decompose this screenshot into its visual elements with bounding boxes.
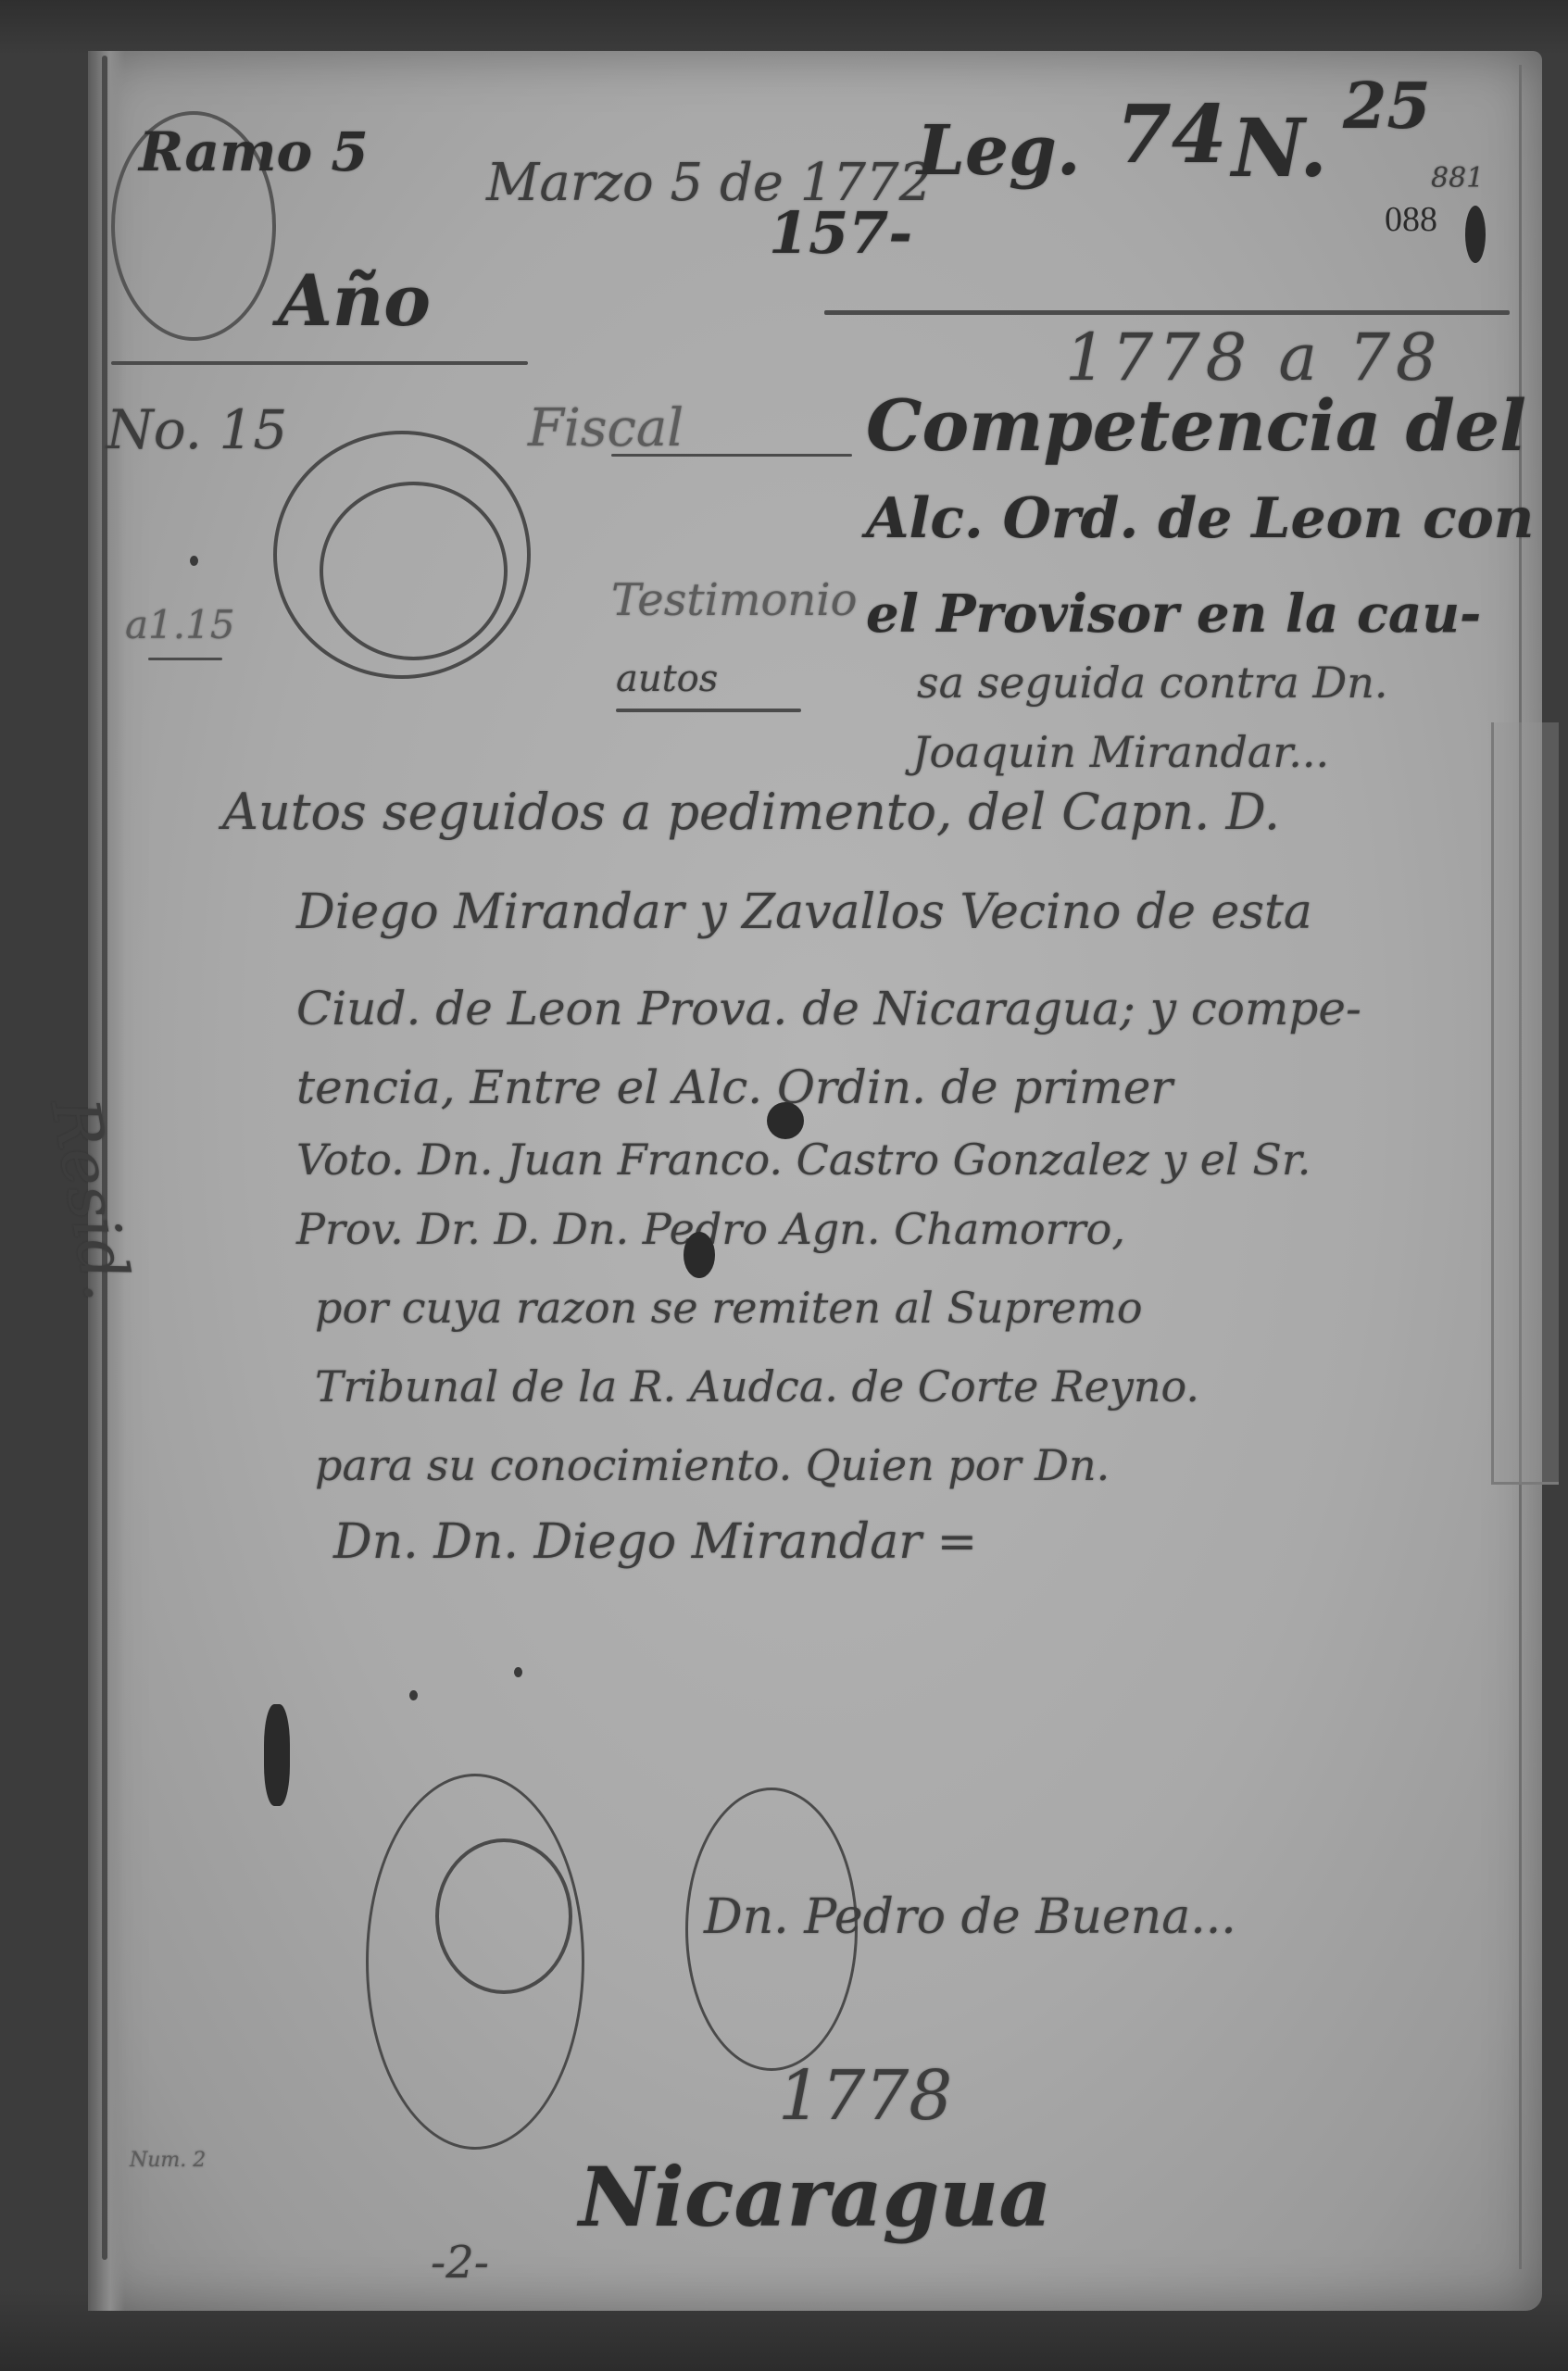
title-line-2: Alc. Ord. de Leon con bbox=[866, 486, 1534, 551]
title-line-4: sa seguida contra Dn. bbox=[917, 658, 1388, 708]
footer-place: Nicaragua bbox=[579, 2149, 1051, 2245]
folio-number: 157- bbox=[769, 199, 912, 267]
signature-monogram-loop-2 bbox=[435, 1838, 572, 1994]
ramo-label: Ramo 5 bbox=[139, 120, 369, 183]
ink-dot bbox=[190, 556, 198, 566]
expediente-label: N. bbox=[1232, 102, 1327, 195]
body-line-4: tencia, Entre el Alc. Ordin. de primer bbox=[296, 1060, 1173, 1114]
signature-text: Dn. Pedro de Buena... bbox=[704, 1889, 1236, 1945]
body-line-5: Voto. Dn. Juan Franco. Castro Gonzalez y… bbox=[296, 1135, 1311, 1185]
numero-label: No. 15 bbox=[107, 398, 287, 461]
body-line-10: Dn. Dn. Diego Mirandar = bbox=[333, 1514, 977, 1570]
bottom-left-note: Num. 2 bbox=[130, 2149, 206, 2172]
margin-ref-underline bbox=[148, 658, 222, 660]
testimonio-note: Testimonio bbox=[611, 574, 858, 626]
autos-underline bbox=[616, 709, 801, 712]
autos-note: autos bbox=[616, 658, 718, 700]
footer-page-number: -2- bbox=[431, 2237, 489, 2289]
title-line-5: Joaquin Mirandar... bbox=[912, 727, 1329, 777]
body-line-7: por cuya razon se remiten al Supremo bbox=[315, 1283, 1143, 1333]
header-underline-left bbox=[111, 361, 528, 365]
body-line-9: para su conocimiento. Quien por Dn. bbox=[315, 1440, 1110, 1490]
ink-blot bbox=[1465, 206, 1486, 263]
body-line-8: Tribunal de la R. Audca. de Corte Reyno. bbox=[315, 1361, 1199, 1411]
ink-blot-body-1 bbox=[767, 1102, 804, 1139]
body-line-2: Diego Mirandar y Zavallos Vecino de esta bbox=[296, 884, 1312, 940]
title-line-1: Competencia del bbox=[866, 384, 1526, 467]
archive-stamp-number: 088 bbox=[1385, 199, 1437, 240]
folded-paper-tab bbox=[1491, 722, 1559, 1485]
header-sweep-line bbox=[824, 310, 1510, 315]
margin-reference: a1.15 bbox=[125, 602, 235, 647]
ink-blot-body-2 bbox=[684, 1232, 715, 1278]
ink-dot bbox=[514, 1667, 522, 1677]
title-line-3: el Provisor en la cau- bbox=[866, 583, 1481, 645]
fiscal-underline bbox=[611, 454, 852, 457]
ink-blot-large bbox=[264, 1704, 290, 1806]
footer-year: 1778 bbox=[778, 2056, 952, 2136]
body-line-1: Autos seguidos a pedimento, del Capn. D. bbox=[222, 783, 1280, 841]
body-line-3: Ciud. de Leon Prova. de Nicaragua; y com… bbox=[296, 982, 1361, 1035]
legajo-number: 74 bbox=[1116, 88, 1227, 182]
ink-dot bbox=[409, 1690, 418, 1700]
expediente-number: 25 bbox=[1343, 69, 1431, 144]
legajo-label: Leg. bbox=[917, 111, 1081, 191]
section-fiscal: Fiscal bbox=[528, 398, 684, 458]
large-c-ornament-inner bbox=[320, 482, 508, 660]
ano-label: Año bbox=[278, 259, 431, 342]
top-right-small-number: 881 bbox=[1431, 162, 1484, 194]
